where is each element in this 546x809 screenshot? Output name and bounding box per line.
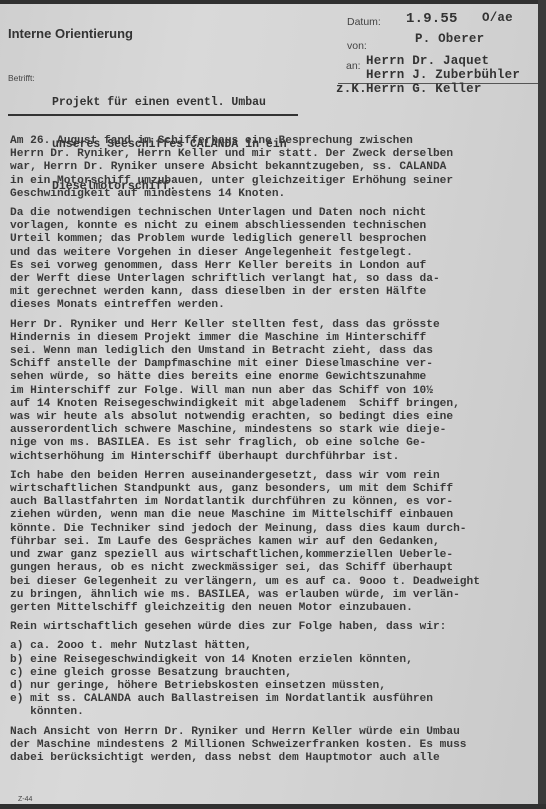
body-line: wichtserhöhung im Hinterschiff überhaupt… bbox=[10, 451, 530, 464]
body-line: dieses Monats eintreffen werden. bbox=[10, 299, 530, 312]
body-line: Herr Dr. Ryniker und Herr Keller stellte… bbox=[10, 319, 530, 332]
list-item: a) ca. 2ooo t. mehr Nutzlast hätten, bbox=[10, 640, 530, 653]
body-line: Nach Ansicht von Herrn Dr. Ryniker und H… bbox=[10, 726, 530, 739]
body-line: Schiff anstelle der Dampfmaschine mit ei… bbox=[10, 358, 530, 371]
body-line: ausserordentlich schwere Maschine, minde… bbox=[10, 424, 530, 437]
body-line: vorlagen, konnte es nicht zu einem absch… bbox=[10, 220, 530, 233]
body-line: nige von ms. BASILEA. Es ist sehr fragli… bbox=[10, 437, 530, 450]
closing-paragraph: Nach Ansicht von Herrn Dr. Ryniker und H… bbox=[10, 726, 530, 766]
body-paragraph: Ich habe den beiden Herren auseinanderge… bbox=[10, 470, 530, 615]
to-recipient-1: Herrn Dr. Jaquet bbox=[366, 54, 489, 68]
body-line: Da die notwendigen technischen Unterlage… bbox=[10, 207, 530, 220]
body-line: gungen heraus, ob es nicht zweckmässiger… bbox=[10, 562, 530, 575]
body-line: Ich habe den beiden Herren auseinanderge… bbox=[10, 470, 530, 483]
body-line: bei dieser Gelegenheit zu verlängern, um… bbox=[10, 576, 530, 589]
to-recipient-2: Herrn J. Zuberbühler bbox=[366, 68, 520, 82]
body-line: Urteil kommen; das Problem wurde ledigli… bbox=[10, 233, 530, 246]
body-line: Es sei vorweg genommen, dass Herr Keller… bbox=[10, 260, 530, 273]
body-line: sehen würde, so hätte dies bereits eine … bbox=[10, 371, 530, 384]
body-paragraph: Rein wirtschaftlich gesehen würde dies z… bbox=[10, 621, 530, 634]
body-line: im Hinterschiff zur Folge. Will man nun … bbox=[10, 385, 530, 398]
body-line: der Werft diese Unterlagen schriftlich v… bbox=[10, 273, 530, 286]
body-line: führbar sei. Im Laufe des Gespräches kam… bbox=[10, 536, 530, 549]
body-line: dabei berücksichtigt werden, dass nebst … bbox=[10, 752, 530, 765]
body-line: und das weitere Vorgehen in dieser Angel… bbox=[10, 247, 530, 260]
body-paragraph: Am 26. August fand im Schifferhaus eine … bbox=[10, 135, 530, 201]
memo-body: Am 26. August fand im Schifferhaus eine … bbox=[10, 135, 530, 771]
body-line: zu bringen, ähnlich wie ms. BASILEA, was… bbox=[10, 589, 530, 602]
cc-recipient: Herrn G. Keller bbox=[366, 82, 482, 96]
scan-border-right bbox=[538, 0, 546, 809]
date-value: 1.9.55 bbox=[406, 11, 458, 27]
body-line: ziehen würden, wenn man die neue Maschin… bbox=[10, 509, 530, 522]
body-line: der Maschine mindestens 2 Millionen Schw… bbox=[10, 739, 530, 752]
memo-page: Interne Orientierung Datum: 1.9.55 O/ae … bbox=[0, 4, 538, 804]
from-label: von: bbox=[347, 40, 367, 52]
document-title: Interne Orientierung bbox=[8, 26, 133, 41]
body-line: gerten Mittelschiff gleichzeitig den neu… bbox=[10, 602, 530, 615]
list-item: b) eine Reisegeschwindigkeit von 14 Knot… bbox=[10, 654, 530, 667]
body-line: Hindernis in diesem Projekt immer die Ma… bbox=[10, 332, 530, 345]
cc-label: z.K. bbox=[336, 82, 367, 96]
body-line: was wir heute als absolut notwendig erac… bbox=[10, 411, 530, 424]
body-line: könnte. Die Techniker sind jedoch der Me… bbox=[10, 523, 530, 536]
body-line: sei. Wenn man lediglich den Umstand in B… bbox=[10, 345, 530, 358]
from-value: P. Oberer bbox=[415, 32, 484, 46]
reference-code: O/ae bbox=[482, 11, 513, 25]
scan-border-bottom bbox=[0, 804, 546, 809]
form-code: Z-44 bbox=[18, 796, 32, 803]
body-line: und zwar ganz speziell aus wirtschaftlic… bbox=[10, 549, 530, 562]
list-item: d) nur geringe, höhere Betriebskosten ei… bbox=[10, 680, 530, 693]
body-line: auch Ballastfahrten im Nordatlantik durc… bbox=[10, 496, 530, 509]
body-line: Am 26. August fand im Schifferhaus eine … bbox=[10, 135, 530, 148]
list-item: könnten. bbox=[10, 706, 530, 719]
subject-underline bbox=[8, 114, 298, 116]
body-line: Herrn Dr. Ryniker, Herrn Keller und mir … bbox=[10, 148, 530, 161]
body-line: Rein wirtschaftlich gesehen würde dies z… bbox=[10, 621, 530, 634]
body-line: in ein Motorschiff umzubauen, unter glei… bbox=[10, 175, 530, 188]
date-label: Datum: bbox=[347, 16, 381, 28]
subject-label: Betrifft: bbox=[8, 73, 35, 83]
body-line: mit gerechnet werden kann, dass dieselbe… bbox=[10, 286, 530, 299]
body-paragraph: Herr Dr. Ryniker und Herr Keller stellte… bbox=[10, 319, 530, 464]
list-item: c) eine gleich grosse Besatzung brauchte… bbox=[10, 667, 530, 680]
to-label: an: bbox=[346, 60, 361, 72]
body-line: wirtschaftlichen Standpunkt aus, ganz be… bbox=[10, 483, 530, 496]
body-paragraph: Da die notwendigen technischen Unterlage… bbox=[10, 207, 530, 313]
body-line: auf 14 Knoten Reisegeschwindigkeit mit a… bbox=[10, 398, 530, 411]
body-line: Geschwindigkeit auf mindestens 14 Knoten… bbox=[10, 188, 530, 201]
list-item: e) mit ss. CALANDA auch Ballastreisen im… bbox=[10, 693, 530, 706]
consequence-list: a) ca. 2ooo t. mehr Nutzlast hätten,b) e… bbox=[10, 640, 530, 719]
subject-line: Projekt für einen eventl. Umbau bbox=[52, 96, 312, 110]
body-line: war, Herrn Dr. Ryniker unsere Absicht be… bbox=[10, 161, 530, 174]
